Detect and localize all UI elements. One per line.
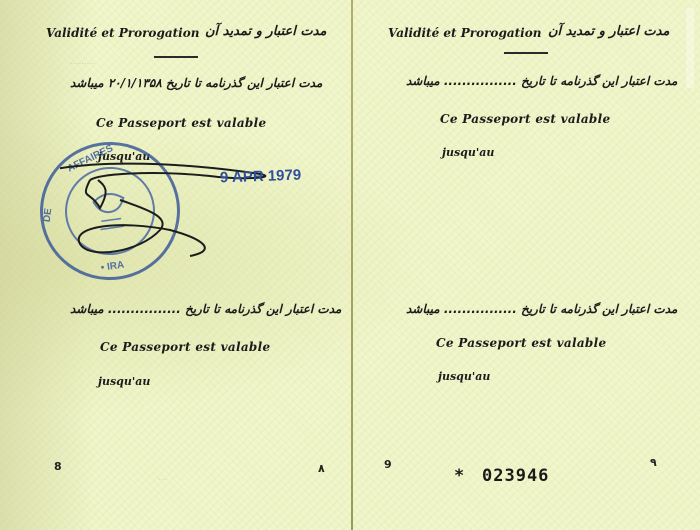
left-page: Validité et Prorogation مدت اعتبار و تمد… (0, 0, 350, 530)
date-stamp: 9 APR 1979 (220, 167, 302, 187)
passport-spread: Validité et Prorogation مدت اعتبار و تمد… (0, 0, 700, 530)
right-header-rule (504, 52, 548, 54)
left-header-french: Validité et Prorogation (46, 26, 199, 40)
left-page-number-persian: ۸ (318, 462, 325, 475)
left-jusqu-2: jusqu'au (98, 375, 150, 388)
right-validity-french-1: Ce Passeport est valable (440, 112, 610, 126)
right-page-number-persian: ۹ (650, 456, 657, 469)
right-page: Validité et Prorogation مدت اعتبار و تمد… (354, 0, 700, 530)
watermark-icon (683, 8, 697, 88)
left-header-rule (154, 56, 198, 58)
left-validity-french-2: Ce Passeport est valable (100, 340, 270, 354)
left-validity-persian-1: مدت اعتبار این گذرنامه تا تاریخ ۲۰/۱/۱۳۵… (70, 76, 322, 90)
passport-serial-number: 023946 (482, 466, 549, 486)
left-validity-french-1: Ce Passeport est valable (96, 116, 266, 130)
right-jusqu-1: jusqu'au (442, 146, 494, 159)
right-validity-persian-1: مدت اعتبار این گذرنامه تا تاریخ ........… (406, 74, 677, 88)
ghost-text: ......... (70, 56, 95, 67)
right-jusqu-2: jusqu'au (438, 370, 490, 383)
ghost-serial: ··· (158, 474, 168, 485)
left-header-persian: مدت اعتبار و تمدید آن (205, 24, 326, 39)
left-page-number: 8 (54, 460, 62, 473)
right-header-french: Validité et Prorogation (388, 26, 541, 40)
serial-asterisk-icon: * (454, 466, 465, 486)
right-page-number: 9 (384, 458, 392, 471)
right-header-persian: مدت اعتبار و تمدید آن (548, 24, 669, 39)
right-validity-french-2: Ce Passeport est valable (436, 336, 606, 350)
spine-stitching (351, 0, 353, 530)
right-validity-persian-2: مدت اعتبار این گذرنامه تا تاریخ ........… (406, 302, 677, 316)
left-validity-persian-2: مدت اعتبار این گذرنامه تا تاریخ ........… (70, 302, 341, 316)
